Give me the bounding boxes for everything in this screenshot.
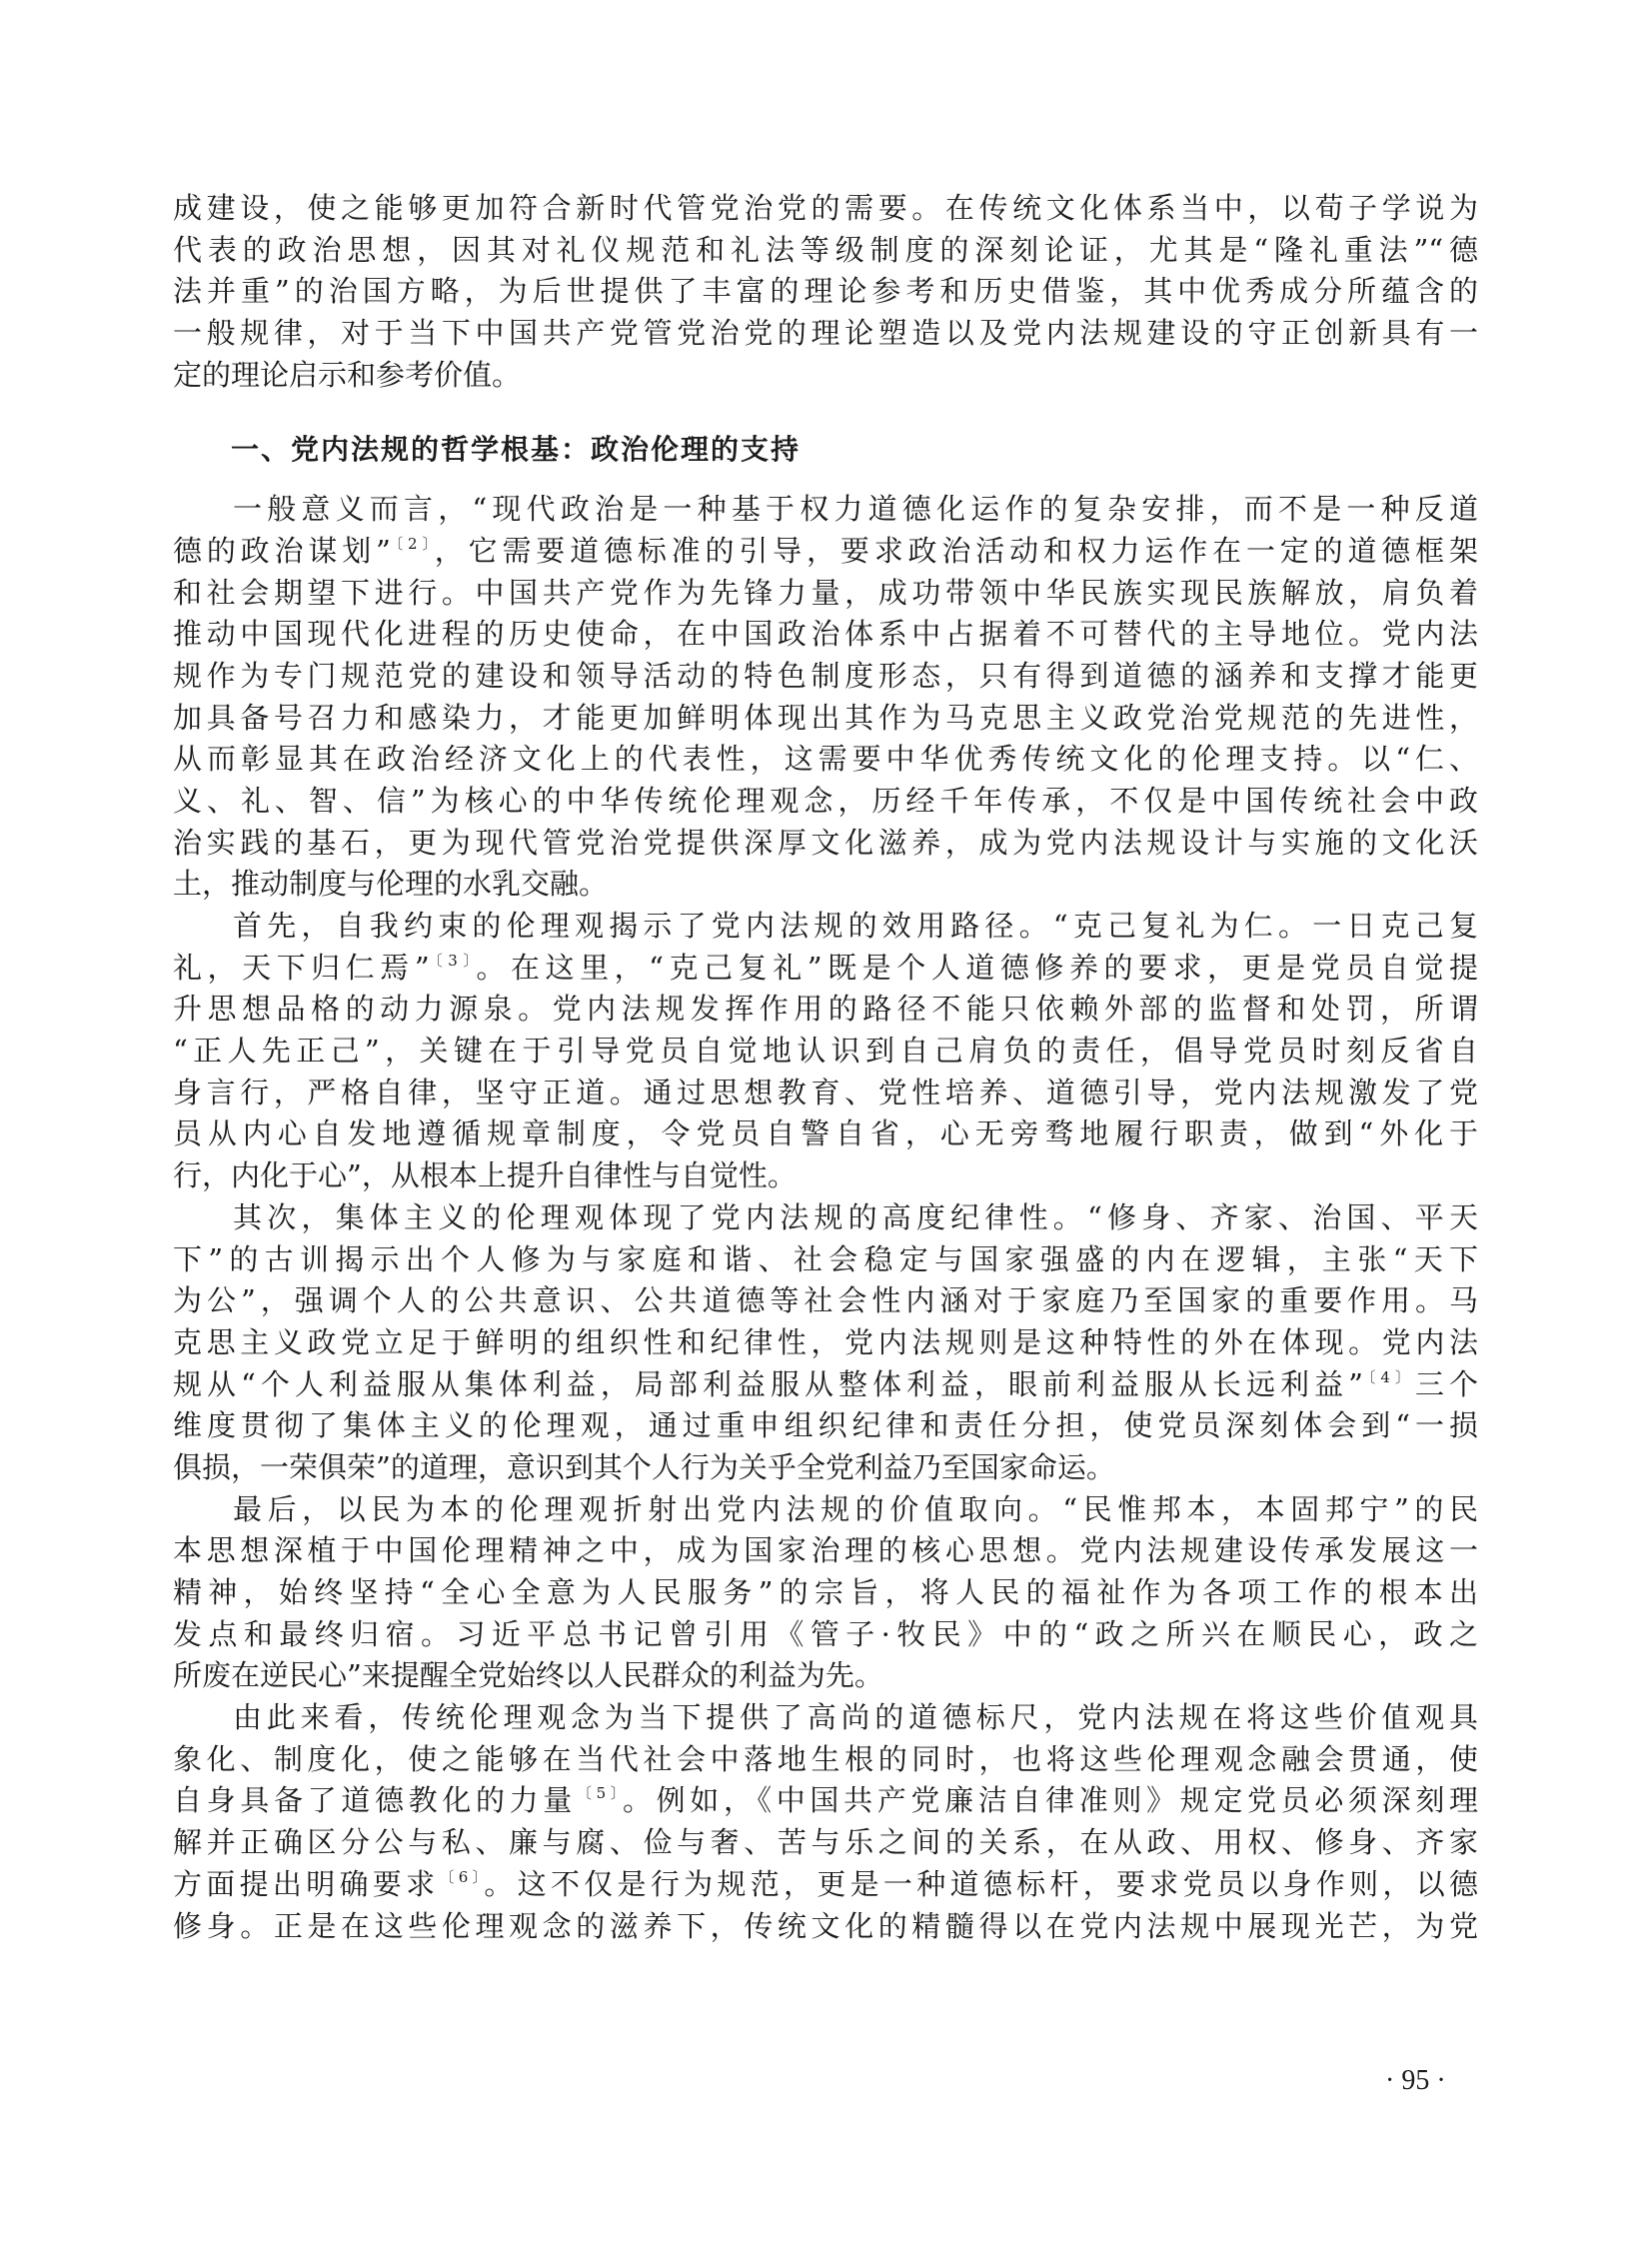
text-line: 规从“个人利益服从集体利益，局部利益服从整体利益，眼前利益服从长远利益”〔4〕三… bbox=[173, 1364, 1478, 1406]
text-line: 精神，始终坚持“全心全意为人民服务”的宗旨，将人民的福祉作为各项工作的根本出 bbox=[173, 1572, 1478, 1614]
document-page: 成建设，使之能够更加符合新时代管党治党的需要。在传统文化体系当中，以荀子学说为代… bbox=[173, 188, 1478, 1947]
text-line: 法并重”的治国方略，为后世提供了丰富的理论参考和历史借鉴，其中优秀成分所蕴含的 bbox=[173, 271, 1478, 313]
text-span: 礼，天下归仁焉” bbox=[173, 951, 430, 985]
text-span: 规从“个人利益服从集体利益，局部利益服从整体利益，眼前利益服从长远利益” bbox=[173, 1367, 1363, 1401]
footnote-reference[interactable]: 〔2〕 bbox=[391, 535, 435, 553]
page-number: · 95 · bbox=[1385, 2065, 1446, 2097]
text-line: 最后，以民为本的伦理观折射出党内法规的价值取向。“民惟邦本，本固邦宁”的民 bbox=[173, 1489, 1478, 1531]
paragraph: 最后，以民为本的伦理观折射出党内法规的价值取向。“民惟邦本，本固邦宁”的民本思想… bbox=[173, 1489, 1478, 1697]
text-line: 俱损，一荣俱荣”的道理，意识到其个人行为关乎全党利益乃至国家命运。 bbox=[173, 1447, 1478, 1489]
text-span: 。这不仅是行为规范，更是一种道德标杆，要求党员以身作则，以德 bbox=[484, 1867, 1478, 1901]
footnote-reference[interactable]: 〔6〕 bbox=[439, 1868, 484, 1886]
text-line: 所废在逆民心”来提醒全党始终以人民群众的利益为先。 bbox=[173, 1655, 1478, 1697]
text-line: 推动中国现代化进程的历史使命，在中国政治体系中占据着不可替代的主导地位。党内法 bbox=[173, 614, 1478, 656]
text-line: 一般规律，对于当下中国共产党管党治党的理论塑造以及党内法规建设的守正创新具有一 bbox=[173, 313, 1478, 355]
text-line: 定的理论启示和参考价值。 bbox=[173, 355, 1478, 397]
text-line: 义、礼、智、信”为核心的中华传统伦理观念，历经千年传承，不仅是中国传统社会中政 bbox=[173, 781, 1478, 823]
footnote-reference[interactable]: 〔5〕 bbox=[577, 1784, 623, 1802]
text-line: 行，内化于心”，从根本上提升自律性与自觉性。 bbox=[173, 1155, 1478, 1197]
text-line: 为公”，强调个人的公共意识、公共道德等社会性内涵对于家庭乃至国家的重要作用。马 bbox=[173, 1280, 1478, 1322]
text-line: 其次，集体主义的伦理观体现了党内法规的高度纪律性。“修身、齐家、治国、平天 bbox=[173, 1197, 1478, 1239]
paragraph: 由此来看，传统伦理观念为当下提供了高尚的道德标尺，党内法规在将这些价值观具象化、… bbox=[173, 1697, 1478, 1947]
text-line: 代表的政治思想，因其对礼仪规范和礼法等级制度的深刻论证，尤其是“隆礼重法”“德 bbox=[173, 230, 1478, 272]
text-span: 方面提出明确要求 bbox=[173, 1867, 439, 1901]
text-line: 克思主义政党立足于鲜明的组织性和纪律性，党内法规则是这种特性的外在体现。党内法 bbox=[173, 1322, 1478, 1364]
footnote-reference[interactable]: 〔4〕 bbox=[1363, 1368, 1415, 1386]
paragraph: 一般意义而言，“现代政治是一种基于权力道德化运作的复杂安排，而不是一种反道德的政… bbox=[173, 489, 1478, 906]
paragraph: 其次，集体主义的伦理观体现了党内法规的高度纪律性。“修身、齐家、治国、平天下”的… bbox=[173, 1197, 1478, 1489]
text-line: 员从内心自发地遵循规章制度，令党员自警自省，心无旁骛地履行职责，做到“外化于 bbox=[173, 1114, 1478, 1155]
text-line: 从而彰显其在政治经济文化上的代表性，这需要中华优秀传统文化的伦理支持。以“仁、 bbox=[173, 739, 1478, 781]
text-line: 由此来看，传统伦理观念为当下提供了高尚的道德标尺，党内法规在将这些价值观具 bbox=[173, 1697, 1478, 1739]
paragraph: 成建设，使之能够更加符合新时代管党治党的需要。在传统文化体系当中，以荀子学说为代… bbox=[173, 188, 1478, 396]
text-span: 德的政治谋划” bbox=[173, 534, 391, 568]
text-line: 和社会期望下进行。中国共产党作为先锋力量，成功带领中华民族实现民族解放，肩负着 bbox=[173, 573, 1478, 615]
text-line: 礼，天下归仁焉”〔3〕。在这里，“克己复礼”既是个人道德修养的要求，更是党员自觉… bbox=[173, 948, 1478, 990]
text-line: 加具备号召力和感染力，才能更加鲜明体现出其作为马克思主义政党治党规范的先进性， bbox=[173, 698, 1478, 740]
text-line: 修身。正是在这些伦理观念的滋养下，传统文化的精髓得以在党内法规中展现光芒，为党 bbox=[173, 1906, 1478, 1948]
text-line: 方面提出明确要求〔6〕。这不仅是行为规范，更是一种道德标杆，要求党员以身作则，以… bbox=[173, 1864, 1478, 1906]
text-line: 发点和最终归宿。习近平总书记曾引用《管子·牧民》中的“政之所兴在顺民心，政之 bbox=[173, 1614, 1478, 1656]
text-span: 自身具备了道德教化的力量 bbox=[173, 1783, 577, 1817]
text-span: 三个 bbox=[1415, 1367, 1478, 1401]
text-line: 本思想深植于中国伦理精神之中，成为国家治理的核心思想。党内法规建设传承发展这一 bbox=[173, 1530, 1478, 1572]
section-heading: 一、党内法规的哲学根基：政治伦理的支持 bbox=[173, 429, 1478, 471]
text-line: 土，推动制度与伦理的水乳交融。 bbox=[173, 864, 1478, 906]
text-line: 成建设，使之能够更加符合新时代管党治党的需要。在传统文化体系当中，以荀子学说为 bbox=[173, 188, 1478, 230]
text-line: 治实践的基石，更为现代管党治党提供深厚文化滋养，成为党内法规设计与实施的文化沃 bbox=[173, 823, 1478, 865]
text-line: 首先，自我约束的伦理观揭示了党内法规的效用路径。“克己复礼为仁。一日克己复 bbox=[173, 906, 1478, 948]
text-line: 下”的古训揭示出个人修为与家庭和谐、社会稳定与国家强盛的内在逻辑，主张“天下 bbox=[173, 1239, 1478, 1281]
text-line: 自身具备了道德教化的力量〔5〕。例如，《中国共产党廉洁自律准则》规定党员必须深刻… bbox=[173, 1780, 1478, 1822]
text-line: 一般意义而言，“现代政治是一种基于权力道德化运作的复杂安排，而不是一种反道 bbox=[173, 489, 1478, 531]
footnote-reference[interactable]: 〔3〕 bbox=[430, 952, 477, 970]
text-line: 规作为专门规范党的建设和领导活动的特色制度形态，只有得到道德的涵养和支撑才能更 bbox=[173, 656, 1478, 698]
text-line: 德的政治谋划”〔2〕，它需要道德标准的引导，要求政治活动和权力运作在一定的道德框… bbox=[173, 531, 1478, 573]
text-line: 解并正确区分公与私、廉与腐、俭与奢、苦与乐之间的关系，在从政、用权、修身、齐家 bbox=[173, 1822, 1478, 1864]
text-span: 。在这里，“克己复礼”既是个人道德修养的要求，更是党员自觉提 bbox=[476, 951, 1478, 985]
text-line: 升思想品格的动力源泉。党内法规发挥作用的路径不能只依赖外部的监督和处罚，所谓 bbox=[173, 989, 1478, 1031]
text-span: 。例如，《中国共产党廉洁自律准则》规定党员必须深刻理 bbox=[623, 1783, 1478, 1817]
text-line: 象化、制度化，使之能够在当代社会中落地生根的同时，也将这些伦理观念融会贯通，使 bbox=[173, 1739, 1478, 1781]
paragraph: 首先，自我约束的伦理观揭示了党内法规的效用路径。“克己复礼为仁。一日克己复礼，天… bbox=[173, 906, 1478, 1197]
text-span: ，它需要道德标准的引导，要求政治活动和权力运作在一定的道德框架 bbox=[435, 534, 1478, 568]
text-line: “正人先正己”，关键在于引导党员自觉地认识到自己肩负的责任，倡导党员时刻反省自 bbox=[173, 1031, 1478, 1073]
text-line: 身言行，严格自律，坚守正道。通过思想教育、党性培养、道德引导，党内法规激发了党 bbox=[173, 1073, 1478, 1115]
text-line: 维度贯彻了集体主义的伦理观，通过重申组织纪律和责任分担，使党员深刻体会到“一损 bbox=[173, 1405, 1478, 1447]
